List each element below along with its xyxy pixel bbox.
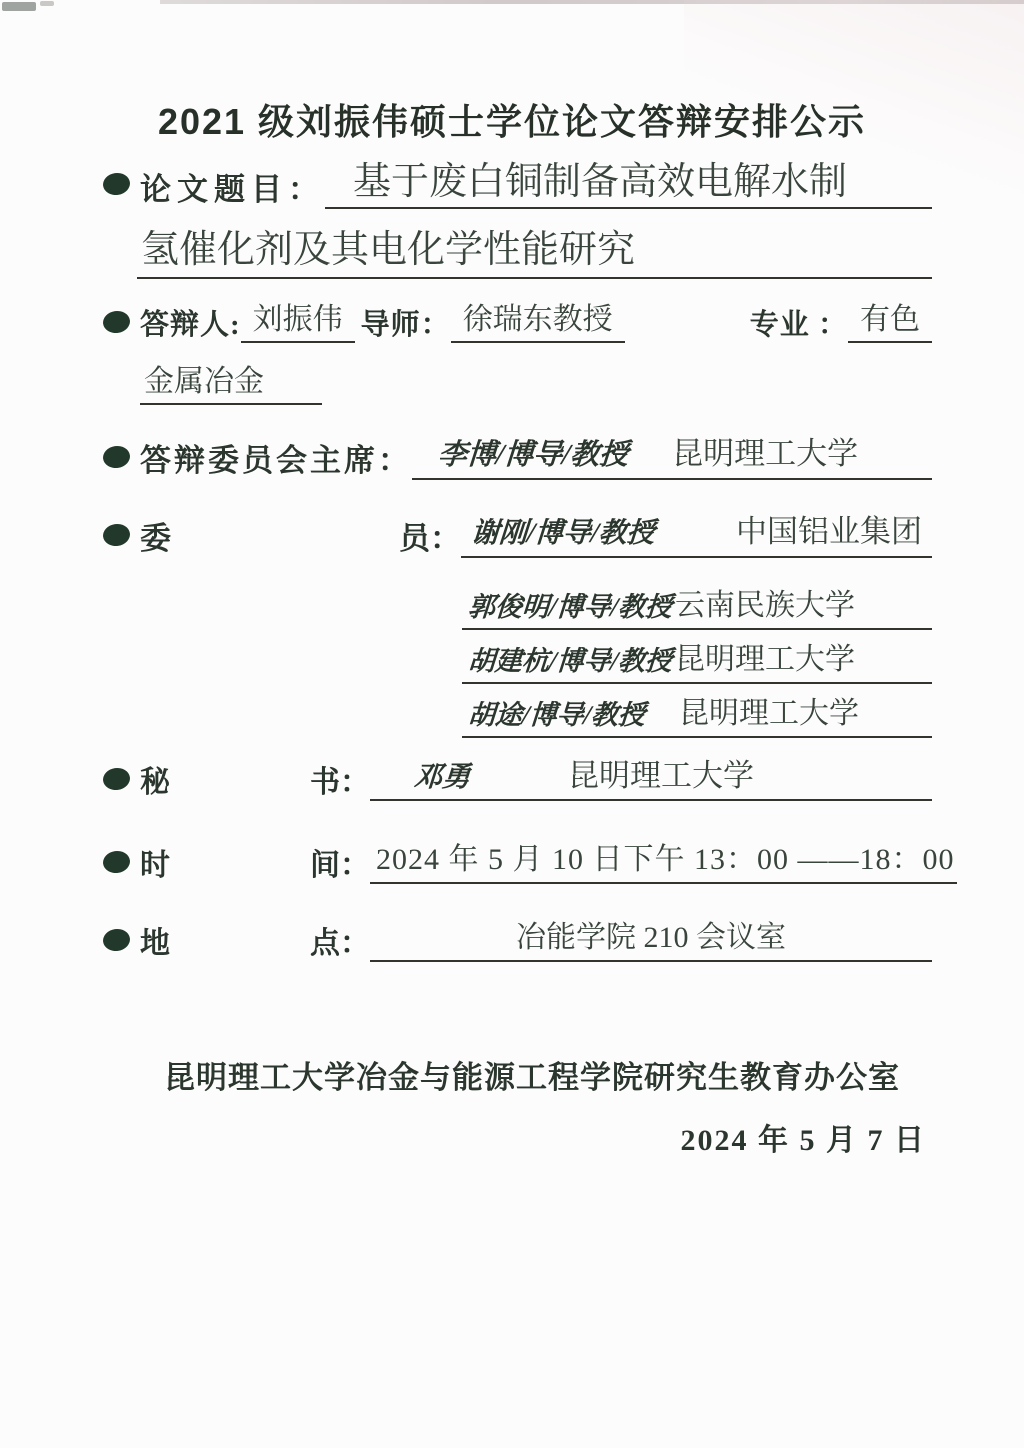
footer-office: 昆明理工大学冶金与能源工程学院研究生教育办公室 bbox=[110, 1052, 954, 1097]
member-underline: 谢刚/博导/教授 中国铝业集团 bbox=[461, 512, 932, 558]
member-affiliation: 昆明理工大学 bbox=[675, 640, 855, 679]
defender-label: 答辩人: bbox=[140, 307, 241, 343]
secretary-label-right: 书： bbox=[310, 764, 370, 802]
members-label-right: 员： bbox=[399, 520, 461, 559]
scan-artifact-top-edge bbox=[160, 0, 1024, 4]
member-name: 胡途/博导/教授 bbox=[467, 698, 646, 733]
defender-underline: 刘振伟 bbox=[241, 300, 355, 343]
supervisor-label: 导师： bbox=[361, 307, 451, 343]
member-affiliation: 中国铝业集团 bbox=[736, 512, 922, 552]
defender-name: 刘振伟 bbox=[253, 303, 343, 336]
time-label-right: 间： bbox=[310, 847, 370, 885]
member-name: 郭俊明/博导/教授 bbox=[467, 590, 673, 625]
member-affiliation: 昆明理工大学 bbox=[679, 694, 859, 733]
bullet-icon bbox=[102, 309, 132, 335]
field-row-thesis-title: 论文题目： 基于废白铜制备高效电解水制 bbox=[103, 158, 932, 209]
major-underline: 有色 bbox=[848, 300, 932, 343]
bullet-icon bbox=[102, 522, 132, 548]
secretary-underline: 邓勇 昆明理工大学 bbox=[370, 756, 932, 801]
field-row-major-cont: 金属冶金 bbox=[140, 362, 932, 405]
supervisor-underline: 徐瑞东教授 bbox=[451, 300, 625, 343]
time-label-left: 时 bbox=[140, 847, 170, 885]
thesis-title-line2: 氢催化剂及其电化学性能研究 bbox=[141, 229, 635, 271]
members-label-left: 委 bbox=[140, 520, 171, 559]
defense-announcement-document: 2021 级刘振伟硕士学位论文答辩安排公示 论文题目： 基于废白铜制备高效电解水… bbox=[0, 0, 1024, 1448]
thesis-underline: 基于废白铜制备高效电解水制 bbox=[325, 158, 932, 209]
bullet-icon bbox=[102, 849, 132, 875]
supervisor-name: 徐瑞东教授 bbox=[463, 303, 613, 336]
chair-underline: 李博/博导/教授 昆明理工大学 bbox=[412, 434, 932, 480]
member-row: 郭俊明/博导/教授 云南民族大学 bbox=[462, 586, 932, 630]
member-underline: 胡建杭/博导/教授 昆明理工大学 bbox=[462, 640, 932, 684]
field-row-location: 地 点： 冶能学院 210 会议室 bbox=[103, 918, 932, 962]
time-underline: 2024 年 5 月 10 日下午 13：00 ——18：00 bbox=[370, 840, 957, 884]
bullet-icon bbox=[102, 927, 132, 953]
chair-label: 答辩委员会主席： bbox=[140, 442, 412, 481]
scan-artifact-corner-mark bbox=[40, 1, 54, 6]
location-label-right: 点： bbox=[310, 925, 370, 963]
member-underline: 胡途/博导/教授 昆明理工大学 bbox=[462, 694, 932, 738]
thesis-label: 论文题目： bbox=[140, 171, 325, 210]
bullet-icon bbox=[102, 171, 132, 197]
footer-date: 2024 年 5 月 7 日 bbox=[681, 1115, 927, 1159]
member-name: 谢刚/博导/教授 bbox=[470, 516, 656, 552]
major-label: 专业 ： bbox=[750, 307, 848, 343]
location-underline: 冶能学院 210 会议室 bbox=[370, 918, 932, 962]
bullet-icon bbox=[102, 766, 132, 792]
member-row: 胡途/博导/教授 昆明理工大学 bbox=[462, 694, 932, 738]
secretary-name: 邓勇 bbox=[413, 760, 472, 796]
member-row: 胡建杭/博导/教授 昆明理工大学 bbox=[462, 640, 932, 684]
secretary-label-left: 秘 bbox=[140, 764, 170, 802]
member-affiliation: 云南民族大学 bbox=[675, 586, 855, 625]
field-row-time: 时 间： 2024 年 5 月 10 日下午 13：00 ——18：00 bbox=[103, 840, 932, 884]
field-row-thesis-title-cont: 氢催化剂及其电化学性能研究 bbox=[137, 226, 932, 279]
member-underline: 郭俊明/博导/教授 云南民族大学 bbox=[462, 586, 932, 630]
field-row-chair: 答辩委员会主席： 李博/博导/教授 昆明理工大学 bbox=[103, 434, 932, 480]
field-row-defender: 答辩人: 刘振伟 导师： 徐瑞东教授 专业 ： 有色 bbox=[103, 300, 932, 343]
location-label-left: 地 bbox=[140, 925, 170, 963]
field-row-secretary: 秘 书： 邓勇 昆明理工大学 bbox=[103, 756, 932, 801]
bullet-icon bbox=[102, 444, 132, 470]
major-value-line2: 金属冶金 bbox=[144, 365, 264, 398]
thesis-title-line1: 基于废白铜制备高效电解水制 bbox=[353, 161, 847, 203]
chair-name: 李博/博导/教授 bbox=[437, 437, 630, 475]
chair-affiliation: 昆明理工大学 bbox=[672, 434, 858, 474]
page-title: 2021 级刘振伟硕士学位论文答辩安排公示 bbox=[60, 94, 964, 145]
member-name: 胡建杭/博导/教授 bbox=[467, 644, 673, 679]
field-row-members: 委 员： 谢刚/博导/教授 中国铝业集团 bbox=[103, 512, 932, 558]
thesis-underline: 氢催化剂及其电化学性能研究 bbox=[137, 226, 932, 279]
secretary-affiliation: 昆明理工大学 bbox=[568, 756, 754, 796]
major-underline: 金属冶金 bbox=[140, 362, 322, 405]
major-value-line1: 有色 bbox=[860, 303, 920, 336]
scan-artifact-corner-mark bbox=[2, 2, 36, 11]
time-value: 2024 年 5 月 10 日下午 13：00 ——18：00 bbox=[376, 843, 955, 876]
location-value: 冶能学院 210 会议室 bbox=[516, 921, 786, 954]
